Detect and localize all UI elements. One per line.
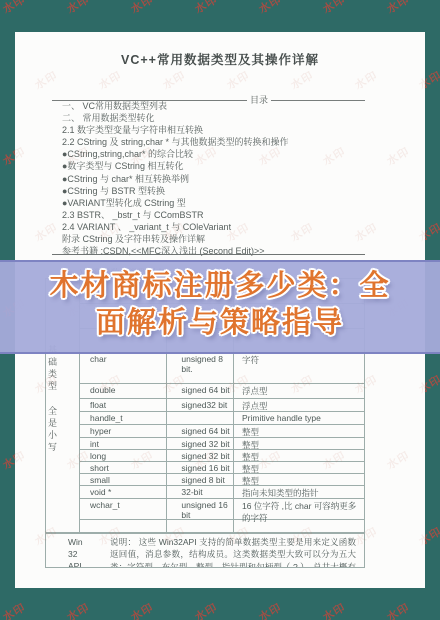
toc-item: 2.4 VARIANT 、 _variant_t 与 COleVariant — [62, 221, 405, 233]
table-cell: small — [80, 474, 166, 485]
watermark-stamp: 水印 — [384, 599, 413, 620]
toc-item: ●VARIANT型转化成 CString 型 — [62, 197, 405, 209]
table-row: floatsigned32 bit浮点型 — [80, 399, 364, 412]
table-cell: void * — [80, 486, 166, 498]
toc-item: ●CString 与 char* 相互转换举例 — [62, 173, 405, 185]
watermark-stamp: 水印 — [320, 599, 349, 620]
table-row: shortsigned 16 bit整型 — [80, 462, 364, 474]
win32-note-label-line: Win — [68, 536, 108, 548]
table-row: doublesigned 64 bit浮点型 — [80, 384, 364, 399]
watermark-stamp: 水印 — [64, 599, 93, 620]
table-cell: 整型 — [233, 450, 364, 461]
toc-item: ●CString,string,char* 的综合比较 — [62, 148, 405, 160]
toc-item: 二、 常用数据类型转化 — [62, 112, 405, 124]
watermark-stamp: 水印 — [320, 0, 349, 17]
toc-item: 附录 CString 及字符串转及操作详解 — [62, 233, 405, 245]
table-cell — [166, 520, 233, 532]
watermark-stamp: 水印 — [0, 0, 28, 17]
watermark-stamp: 水印 — [0, 599, 28, 620]
watermark-stamp: 水印 — [0, 599, 28, 620]
win32-note-label: Win32API — [68, 534, 108, 567]
table-row: wchar_tunsigned 16 bit16 位字符 ,比 char 可容纳… — [80, 499, 364, 520]
table-cell: 浮点型 — [233, 399, 364, 411]
table-row: charunsigned 8 bit.字符 — [80, 353, 364, 384]
table-cell: char — [80, 353, 166, 383]
table-cell: 整型 — [233, 462, 364, 473]
table-cell: signed 64 bit — [166, 384, 233, 398]
table-cell: handle_t — [80, 412, 166, 424]
screenshot-root: 水印水印水印水印水印水印水印水印水印水印水印水印水印水印水印水印水印水印水印水印… — [0, 0, 440, 620]
win32-note-row: Win32API 说明： 这些 Win32API 支持的简单数据类型主要是用来定… — [46, 532, 364, 567]
table-row: handle_tPrimitive handle type — [80, 412, 364, 425]
table-cell: 指向未知类型的指针 — [233, 486, 364, 498]
table-cell — [80, 520, 166, 532]
watermark-stamp: 水印 — [384, 0, 413, 17]
table-cell: unsigned 16 bit — [166, 499, 233, 519]
table-cell: unsigned 8 bit. — [166, 353, 233, 383]
table-cell: long — [80, 450, 166, 461]
watermark-stamp: 水印 — [128, 599, 157, 620]
watermark-stamp: 水印 — [192, 599, 221, 620]
watermark-stamp: 水印 — [192, 0, 221, 17]
table-cell — [233, 520, 364, 532]
toc-item: 2.1 数字类型变量与字符串相互转换 — [62, 124, 405, 136]
table-cell: signed 64 bit — [166, 425, 233, 437]
table-cell: hyper — [80, 425, 166, 437]
table-cell: signed 32 bit — [166, 450, 233, 461]
watermark-stamp: 水印 — [384, 0, 413, 17]
table-row: longsigned 32 bit整型 — [80, 450, 364, 462]
table-cell: signed 16 bit — [166, 462, 233, 473]
watermark-stamp: 水印 — [0, 0, 28, 17]
watermark-stamp: 水印 — [320, 0, 349, 17]
side-label-bottom: 全是小写 — [46, 406, 79, 454]
table-cell — [166, 412, 233, 424]
table-row: hypersigned 64 bit整型 — [80, 425, 364, 438]
table-cell: 整型 — [233, 438, 364, 449]
watermark-stamp: 水印 — [192, 0, 221, 17]
watermark-stamp: 水印 — [256, 0, 285, 17]
win32-note-text: 说明： 这些 Win32API 支持的简单数据类型主要是用来定义函数返回值，消息… — [108, 534, 364, 567]
watermark-stamp: 水印 — [64, 0, 93, 17]
toc-item: 2.3 BSTR、 _bstr_t 与 CComBSTR — [62, 209, 405, 221]
win32-note-label-line: 32 — [68, 548, 108, 560]
watermark-stamp: 水印 — [256, 599, 285, 620]
table-cell: int — [80, 438, 166, 449]
watermark-stamp: 水印 — [128, 0, 157, 17]
watermark-stamp: 水印 — [192, 599, 221, 620]
table-cell: 32-bit — [166, 486, 233, 498]
table-row: intsigned 32 bit整型 — [80, 438, 364, 450]
table-row: smallsigned 8 bit整型 — [80, 474, 364, 486]
watermark-stamp: 水印 — [128, 599, 157, 620]
table-cell: wchar_t — [80, 499, 166, 519]
table-cell: signed32 bit — [166, 399, 233, 411]
banner-text-line-2: 面解析与策略指导 — [96, 305, 344, 342]
table-of-contents: 一、 VC常用数据类型列表二、 常用数据类型转化2.1 数字类型变量与字符串相互… — [62, 100, 405, 257]
table-cell: 整型 — [233, 425, 364, 437]
toc-item: 一、 VC常用数据类型列表 — [62, 100, 405, 112]
toc-item: ●数字类型与 CString 相互转化 — [62, 160, 405, 172]
banner-text-line-1: 木材商标注册多少类：全 — [49, 268, 390, 305]
overlay-banner: 木材商标注册多少类：全 面解析与策略指导 — [0, 260, 440, 354]
table-cell: 16 位字符 ,比 char 可容纳更多的字符 — [233, 499, 364, 519]
table-cell: signed 32 bit — [166, 438, 233, 449]
document-title: VC++常用数据类型及其操作详解 — [15, 50, 425, 68]
watermark-stamp: 水印 — [256, 0, 285, 17]
win32-note-label-line: API — [68, 560, 108, 567]
table-cell: float — [80, 399, 166, 411]
table-cell: signed 8 bit — [166, 474, 233, 485]
toc-item: 2.2 CString 及 string,char * 与其他数据类型的转换和操… — [62, 136, 405, 148]
table-cell: 整型 — [233, 474, 364, 485]
watermark-stamp: 水印 — [384, 599, 413, 620]
watermark-stamp: 水印 — [128, 0, 157, 17]
table-cell: double — [80, 384, 166, 398]
toc-bottom-rule — [52, 254, 365, 255]
table-cell: 字符 — [233, 353, 364, 383]
table-row — [80, 520, 364, 532]
table-cell: Primitive handle type — [233, 412, 364, 424]
toc-item: 参考书籍 :CSDN,<<MFC深入浅出 (Second Edit)>> — [62, 245, 405, 257]
table-cell: 浮点型 — [233, 384, 364, 398]
watermark-stamp: 水印 — [256, 599, 285, 620]
watermark-stamp: 水印 — [320, 599, 349, 620]
table-cell: short — [80, 462, 166, 473]
table-row: void *32-bit指向未知类型的指针 — [80, 486, 364, 499]
toc-item: ●CString 与 BSTR 型转换 — [62, 185, 405, 197]
watermark-stamp: 水印 — [64, 599, 93, 620]
watermark-stamp: 水印 — [64, 0, 93, 17]
